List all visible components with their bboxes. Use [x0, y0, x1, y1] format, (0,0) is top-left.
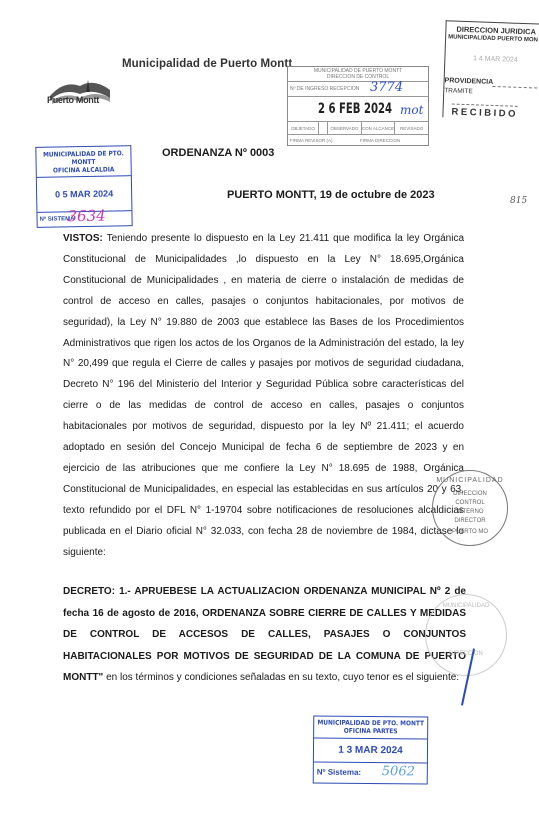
alcaldia-stamp: MUNICIPALIDAD DE PTO. MONTT OFICINA ALCA… — [35, 145, 132, 228]
faded-inner-text: DIRECCION — [426, 651, 506, 657]
institution-name: Municipalidad de Puerto Montt — [122, 58, 292, 70]
juridica-stamp: DIRECCION JURIDICA MUNICIPALIDAD PUERTO … — [442, 20, 539, 120]
partes-line2: OFICINA PARTES — [314, 727, 427, 736]
round-bottom: PUERTO MO — [433, 529, 507, 535]
control-stamp: MUNICIPALIDAD DE PUERTO MONTT DIRECCION … — [287, 66, 429, 146]
faded-ring-text: MUNICIPALIDAD — [426, 603, 506, 609]
faded-stamp: MUNICIPALIDAD DIRECCION — [425, 594, 507, 676]
round-line2: CONTROL — [433, 500, 507, 506]
partes-stamp: MUNICIPALIDAD DE PTO. MONTT OFICINA PART… — [313, 715, 429, 784]
round-line3: INTERNO — [433, 509, 507, 515]
alcaldia-line1: MUNICIPALIDAD DE PTO. MONTT — [36, 149, 130, 167]
firma-director: FIRMA DIRECCION — [358, 138, 428, 143]
ingreso-label: Nº DE INGRESO RECEPCION — [290, 86, 359, 92]
ingreso-number: 3774 — [370, 80, 403, 95]
tramite-label: TRAMITE — [444, 87, 473, 95]
place-date: PUERTO MONTT, 19 de octubre de 2023 — [227, 189, 435, 201]
cell-blank — [319, 122, 328, 134]
ordenanza-number: ORDENANZA Nº 0003 — [162, 147, 274, 159]
alcaldia-sistema-number: 3634 — [67, 207, 105, 226]
vistos-label: VISTOS: — [63, 233, 103, 244]
control-stamp-date: 2 6 FEB 2024 — [318, 101, 392, 117]
decreto-rest: en los términos y condiciones señaladas … — [103, 672, 459, 683]
handwritten-note: mot — [400, 103, 423, 117]
cell-observado: OBSERVADO — [328, 122, 362, 134]
cell-con-alcance: CON ALCANCE — [362, 122, 396, 134]
providencia-line — [492, 86, 539, 89]
firma-revisor: FIRMA REVISOR (A) — [288, 138, 358, 143]
partes-date: 1 3 MAR 2024 — [314, 739, 427, 763]
control-stamp-line2: DIRECCION DE CONTROL — [288, 74, 428, 80]
control-interno-stamp: MUNICIPALIDAD DIRECCION CONTROL INTERNO … — [432, 470, 508, 546]
alcaldia-line2: OFICINA ALCALDIA — [37, 165, 131, 175]
cell-objetado: OBJETADO — [288, 122, 319, 134]
vistos-paragraph: VISTOS: Teniendo presente lo dispuesto e… — [63, 229, 464, 564]
cell-revisado: REVISADO — [395, 122, 428, 134]
round-line4: DIRECTOR — [433, 518, 507, 524]
decreto-paragraph: DECRETO: 1.- APRUEBESE LA ACTUALIZACION … — [63, 581, 466, 689]
vistos-text: Teniendo presente lo dispuesto en la Ley… — [63, 233, 464, 558]
page-number: 815 — [510, 196, 527, 206]
partes-sistema-number: 5062 — [382, 764, 415, 779]
recibido-label: RECIBIDO — [451, 104, 518, 120]
providencia-label: PROVIDENCIA — [444, 77, 493, 86]
decreto-bold: DECRETO: 1.- APRUEBESE LA ACTUALIZACION … — [63, 586, 466, 683]
logo-text: Puerto Montt — [47, 95, 99, 105]
round-line1: DIRECCION — [433, 491, 507, 497]
partes-sistema-label: Nº Sistema: — [317, 768, 361, 777]
juridica-date: 1 4 MAR 2024 — [445, 54, 539, 64]
round-ring-text: MUNICIPALIDAD — [433, 477, 507, 484]
